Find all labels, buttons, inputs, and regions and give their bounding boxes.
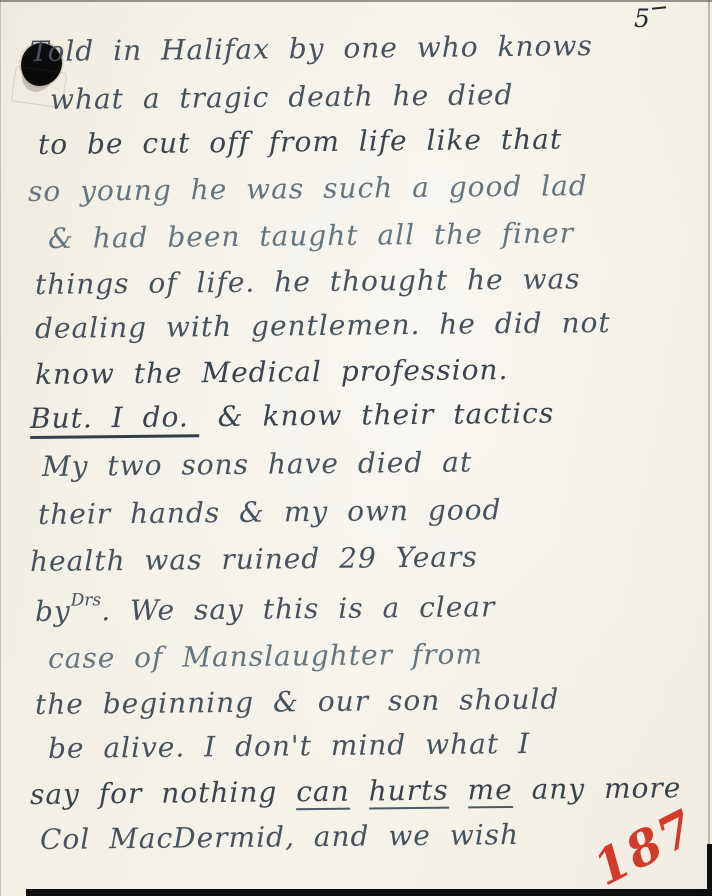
letter-line-15: the beginning & our son should bbox=[35, 683, 560, 721]
letter-line-13: byDrs. We say this is a clear bbox=[35, 590, 496, 628]
underlined-word: hurts bbox=[368, 774, 448, 810]
page-number: 5 bbox=[634, 4, 666, 33]
letter-line-17: say for nothing can hurts me any more bbox=[30, 771, 682, 811]
letter-line-14: case of Manslaughter from bbox=[48, 637, 483, 675]
letter-line-8: know the Medical profession. bbox=[35, 353, 509, 391]
line-text bbox=[350, 774, 369, 807]
letter-line-6: things of life. he thought he was bbox=[35, 262, 581, 301]
letter-line-3: to be cut off from life like that bbox=[38, 123, 562, 161]
letter-line-18: Col MacDermid, and we wish bbox=[40, 818, 519, 856]
line-text: by bbox=[35, 595, 71, 628]
scan-edge-right bbox=[708, 0, 710, 896]
line-text: say for nothing bbox=[30, 775, 297, 811]
letter-line-12: health was ruined 29 Years bbox=[30, 540, 478, 578]
letter-line-16: be alive. I don't mind what I bbox=[48, 727, 530, 765]
scan-edge-left bbox=[0, 0, 1, 896]
line-text: any more bbox=[513, 771, 682, 806]
underlined-word: me bbox=[467, 773, 512, 808]
superscript-insertion: Drs bbox=[71, 590, 102, 610]
letter-line-7: dealing with gentlemen. he did not bbox=[35, 306, 611, 345]
line-text bbox=[448, 773, 467, 806]
underlined-word: can bbox=[296, 775, 350, 811]
scan-edge-top bbox=[0, 0, 712, 2]
letter-line-11: their hands & my own good bbox=[38, 493, 502, 531]
letter-line-9: But. I do. & know their tactics bbox=[30, 397, 555, 435]
line-text: & know their tactics bbox=[199, 397, 555, 434]
letter-line-2: what a tragic death he died bbox=[50, 78, 514, 116]
letter-line-10: My two sons have died at bbox=[42, 445, 472, 483]
letter-line-4: so young he was such a good lad bbox=[28, 169, 588, 208]
underlined-phrase: But. I do. bbox=[30, 400, 199, 439]
letter-line-5: & had been taught all the finer bbox=[48, 216, 574, 255]
letter-page-scan: 5 Told in Halifax by one who knows what … bbox=[0, 0, 712, 896]
line-text: . We say this is a clear bbox=[101, 590, 495, 627]
scan-edge-corner bbox=[707, 844, 712, 896]
archive-number-stamp: 187 bbox=[585, 799, 705, 896]
letter-line-1: Told in Halifax by one who knows bbox=[30, 29, 593, 68]
